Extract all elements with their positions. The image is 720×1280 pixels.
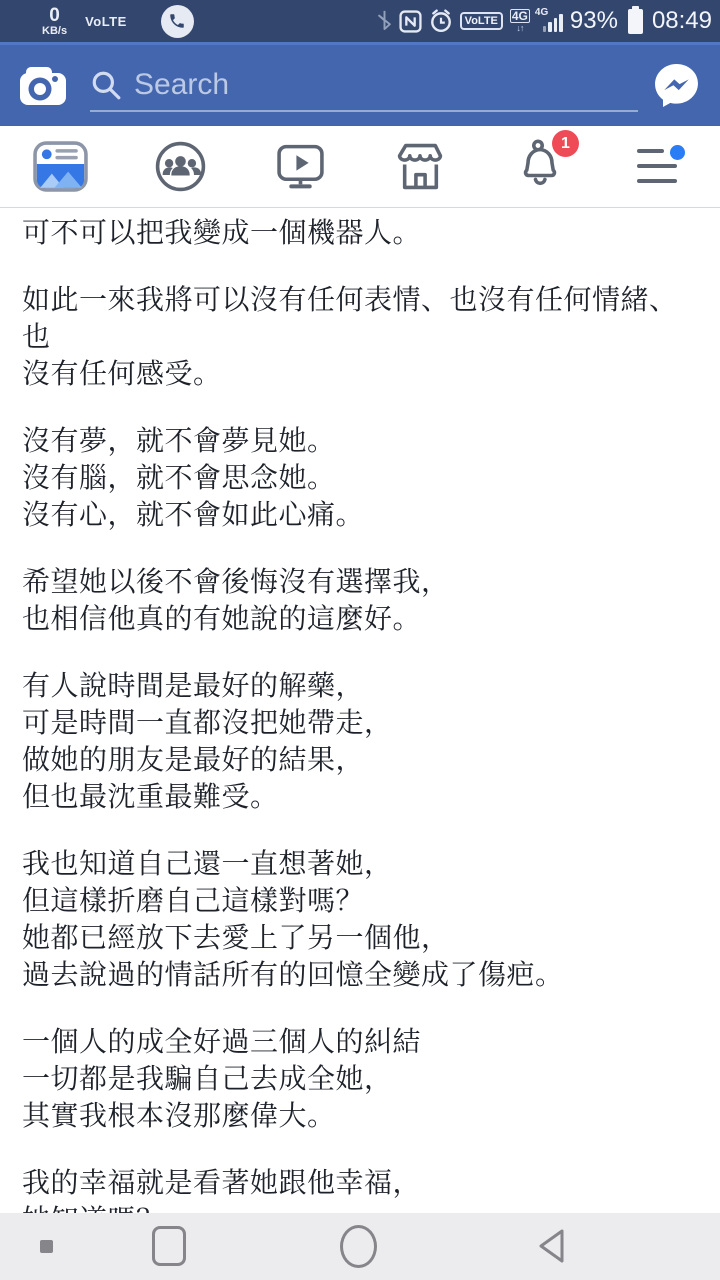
clock-time: 08:49 <box>652 7 712 35</box>
data-4g-label: 4G <box>510 9 530 23</box>
status-bar-right: VoLTE 4G ↓↑ 4G 93% 08:49 <box>377 7 712 35</box>
tab-news-feed[interactable] <box>0 126 120 207</box>
tab-marketplace[interactable] <box>360 126 480 207</box>
menu-notification-dot <box>670 145 685 160</box>
notification-badge: 1 <box>552 130 579 157</box>
bell-badge-group: 1 <box>515 138 565 195</box>
marketplace-icon <box>396 142 445 191</box>
camera-button[interactable] <box>18 64 68 108</box>
data-arrows-icon: ↓↑ <box>516 24 523 33</box>
facebook-header <box>0 42 720 126</box>
home-button[interactable] <box>340 1225 377 1268</box>
post-paragraph: 有人說時間是最好的解藥，可是時間一直都沒把她帶走，做她的朋友是最好的結果，但也最… <box>22 667 698 815</box>
tab-bar: 1 <box>0 126 720 208</box>
dual-window-icon[interactable] <box>40 1240 53 1253</box>
screen: 0 KB/s VoLTE Vo <box>0 0 720 1280</box>
news-feed-icon <box>33 141 88 192</box>
alarm-clock-icon <box>429 9 453 33</box>
post-paragraph: 我也知道自己還一直想著她，但這樣折磨自己這樣對嗎？她都已經放下去愛上了另一個他，… <box>22 845 698 993</box>
nfc-icon <box>399 10 422 33</box>
network-speed-value: 0 <box>49 6 60 25</box>
tab-friends[interactable] <box>120 126 240 207</box>
volte-badge: VoLTE <box>460 12 503 31</box>
post-paragraph: 一個人的成全好過三個人的糾結一切都是我騙自己去成全她，其實我根本沒那麼偉大。 <box>22 1023 698 1134</box>
network-speed: 0 KB/s <box>42 6 67 37</box>
search-input[interactable] <box>134 68 638 102</box>
tab-watch[interactable] <box>240 126 360 207</box>
tab-notifications[interactable]: 1 <box>480 126 600 207</box>
status-bar-left: 0 KB/s VoLTE <box>14 5 194 38</box>
post-paragraph: 希望她以後不會後悔沒有選擇我，也相信他真的有她說的這麼好。 <box>22 563 698 637</box>
back-button[interactable] <box>534 1226 570 1266</box>
signal-strength-indicator: 4G <box>537 8 563 34</box>
post-content[interactable]: 可不可以把我變成一個機器人。如此一來我將可以沒有任何表情、也沒有任何情緒、也沒有… <box>0 209 720 1213</box>
signal-bars-icon <box>543 14 563 32</box>
post-paragraph: 如此一來我將可以沒有任何表情、也沒有任何情緒、也沒有任何感受。 <box>22 281 698 392</box>
messenger-button[interactable] <box>650 60 702 112</box>
messenger-icon <box>653 62 700 109</box>
post-paragraph: 我的幸福就是看著她跟他幸福，她知道嗎？ <box>22 1164 698 1213</box>
volte-label: VoLTE <box>85 14 127 29</box>
post-paragraph: 可不可以把我變成一個機器人。 <box>22 214 698 251</box>
active-call-icon <box>161 5 194 38</box>
android-nav-bar <box>0 1213 720 1280</box>
mobile-data-indicator: 4G ↓↑ <box>510 9 530 33</box>
recents-button[interactable] <box>152 1226 186 1266</box>
friends-icon <box>154 140 207 193</box>
hamburger-menu-icon <box>637 149 683 185</box>
tab-menu[interactable] <box>600 126 720 207</box>
battery-percent: 93% <box>570 7 618 35</box>
phone-icon <box>168 12 186 30</box>
bluetooth-icon <box>377 10 392 32</box>
camera-icon <box>19 65 67 107</box>
back-triangle-icon <box>534 1226 570 1266</box>
status-bar: 0 KB/s VoLTE Vo <box>0 0 720 42</box>
battery-icon <box>628 9 643 34</box>
search-bar[interactable] <box>90 60 638 112</box>
watch-video-icon <box>275 143 326 191</box>
network-speed-unit: KB/s <box>42 26 67 37</box>
search-icon <box>90 69 122 101</box>
post-paragraph: 沒有夢，就不會夢見她。沒有腦，就不會思念她。沒有心，就不會如此心痛。 <box>22 422 698 533</box>
